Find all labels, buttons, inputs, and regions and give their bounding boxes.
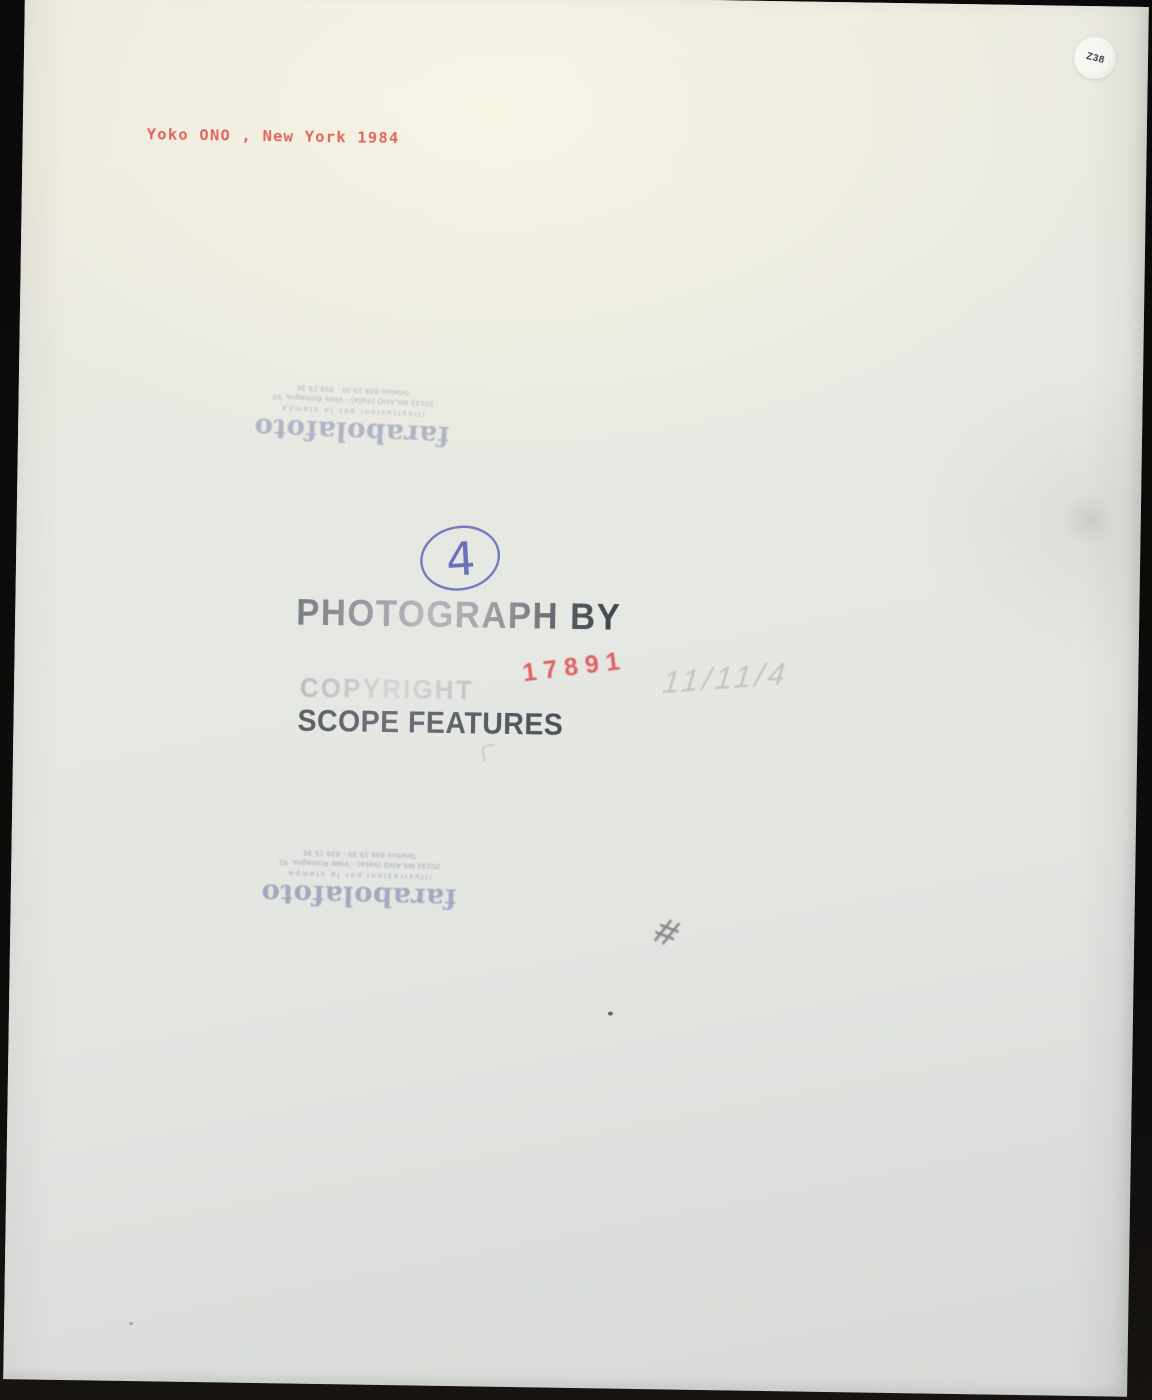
photo-print-back: Yoko ONO , New York 1984 Z38 farabolafot… [3, 0, 1149, 1397]
surface-smudge [1060, 494, 1117, 547]
pencil-date-note: 11/11/4 [661, 656, 791, 701]
lighting-overlay [3, 0, 1149, 1397]
agency-stamp-upper: farabolafoto Illustrazioni per la stampa… [243, 380, 461, 451]
handwritten-edition-number: 4 [413, 517, 510, 602]
typed-caption: Yoko ONO , New York 1984 [147, 125, 400, 147]
agency-stamp-lower: farabolafoto Illustrazioni per la stampa… [250, 846, 468, 913]
photographer-stamp-line3: SCOPE FEATURES [297, 703, 563, 743]
dust-speck [608, 1012, 613, 1016]
reference-number-stamp: 17891 [521, 647, 628, 689]
photographer-stamp-line2: COPYRIGHT [300, 673, 474, 707]
pen-number: 4 [445, 531, 477, 587]
pencil-tick-mark [481, 743, 498, 761]
pencil-hash-mark: # [647, 910, 685, 955]
archive-sticker: Z38 [1074, 37, 1117, 80]
photo-back-scan: { "caption": { "text": "Yoko ONO , New Y… [0, 0, 1152, 1400]
photographer-stamp-line1: PHOTOGRAPH BY [296, 592, 622, 639]
sticker-label: Z38 [1085, 50, 1106, 65]
dust-speck [129, 1322, 133, 1325]
agency-stamp-name: farabolafoto [248, 877, 469, 913]
